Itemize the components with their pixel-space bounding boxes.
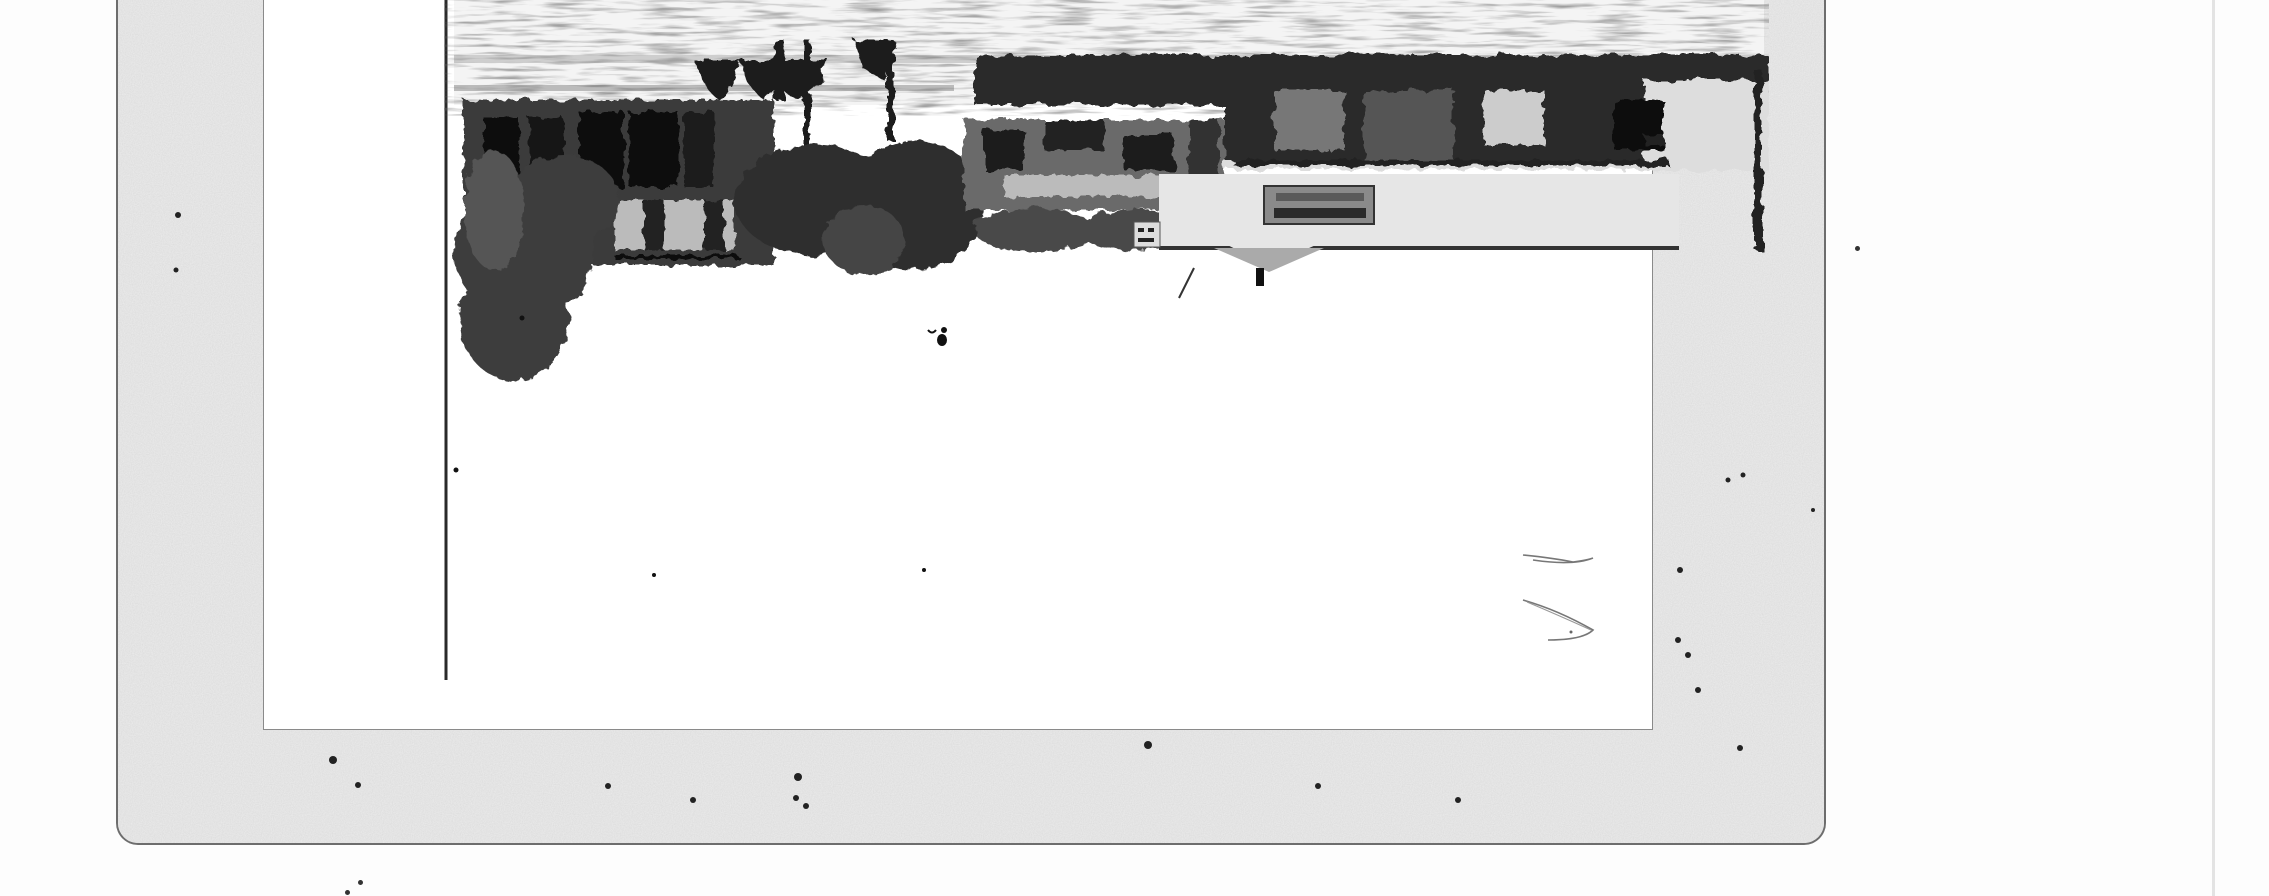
- stray-dot: [358, 880, 363, 885]
- scan-page-edge: [2212, 0, 2215, 896]
- cabinet-card-mount: [116, 0, 1826, 845]
- stray-dot: [345, 890, 350, 895]
- stray-dot: [1855, 246, 1860, 251]
- photo-window: [263, 0, 1653, 730]
- pencil-inscription: [1513, 540, 1633, 650]
- store-sign: [1134, 174, 1679, 298]
